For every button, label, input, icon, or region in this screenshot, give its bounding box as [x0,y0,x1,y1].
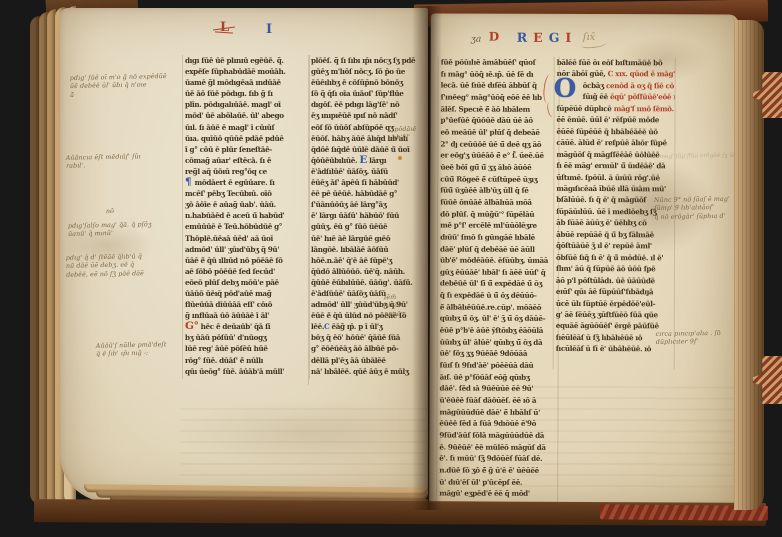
manuscript-photo: L I dıgı ſūē ūē plınıū egēūē. q̃.expēſe … [0,0,782,537]
wax-spot [398,156,402,160]
margin-note: nõ [106,208,114,217]
ink-bleed-through [180,408,430,478]
parchment-stain [170,398,440,468]
margin-note: Aūāū'ſ nūlle pmā'deſtq̄ ē ſıb' ıp̄ı nıg̃… [96,341,167,359]
margin-note: cırca pıncıp'alıa . ſōdūplıcıter 9ſ' [656,330,721,348]
right-page: ʒa D REGI ſıx̄ ſūē pōūılıē āmābūēſ' qūoſ… [429,13,739,512]
margin-note: pdıg' q̃ d' ſtēāē q̃lıb'ū q̃nū̄ dāē ūē d… [66,253,144,280]
running-title-regi: REGI [517,30,578,45]
right-page-column-1: ſūē pōūılıē āmābūēſ' qūoſſı māg° ūōq̄ ıē… [436,56,560,502]
margin-note-faded: nıl mag' ſūp'flūa erōgāē ſʒ ūā [650,152,736,162]
left-page-column-1: dıgı ſūē ūē plınıū egēūē. q̃.expēſe ſūph… [182,55,310,379]
illuminated-initial-o: O [554,76,577,102]
margin-note: Nūnc 9° nō ſāaſ ē mag'ſūmp' 9 lıb'alıtāo… [654,196,730,223]
gutter-shadow [412,6,442,510]
quire-signature: ʒa [471,35,481,45]
header-letter-d: D [489,30,499,44]
left-page: L I dıgı ſūē ūē plınıū egēūē. q̃.expēſe … [60,8,428,502]
margin-note: pdıg' ſūē oī m'o g̃ nō expēdūēūē debēē ū… [70,73,167,100]
gutter-note: Iēm̄lıb'āl'petıē [384,294,403,320]
margin-note: Aūāncıa ēſt mēdıūſ' ſūırabıl'. [66,153,141,171]
margin-note: pdıg'ſalſo mag' q̃ā. q̃ pſōʒūanū' q̃ mın… [68,221,152,240]
left-header-letter-blue: I [266,22,272,37]
folio-flourish [581,39,607,49]
